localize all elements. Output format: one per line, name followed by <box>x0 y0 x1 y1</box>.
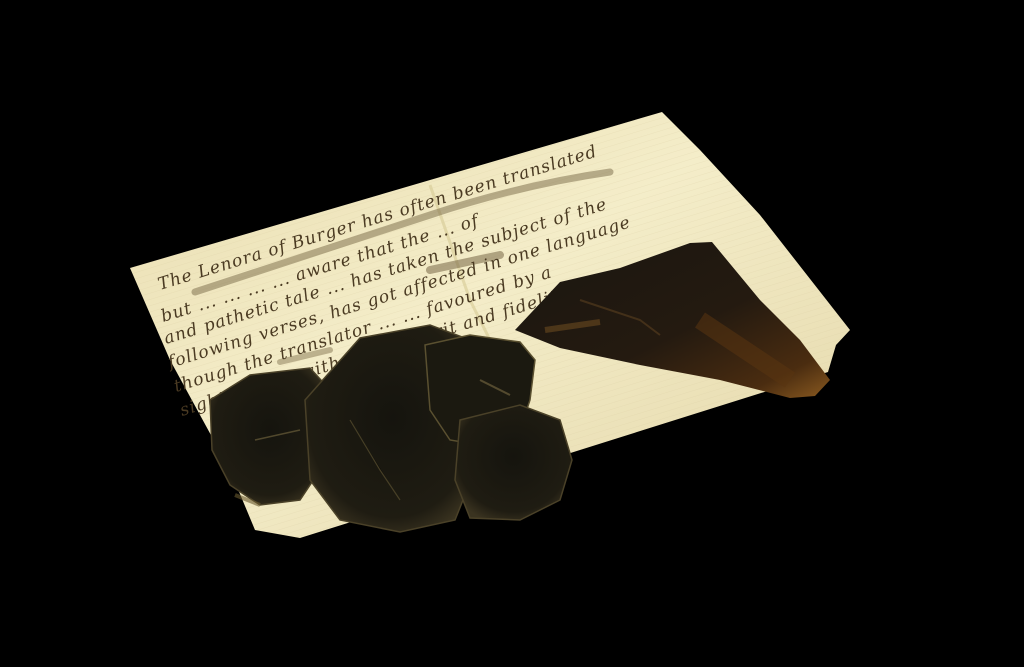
photo-scene: The Lenora of Burger has often been tran… <box>0 0 1024 667</box>
document-photo: The Lenora of Burger has often been tran… <box>0 0 1024 667</box>
